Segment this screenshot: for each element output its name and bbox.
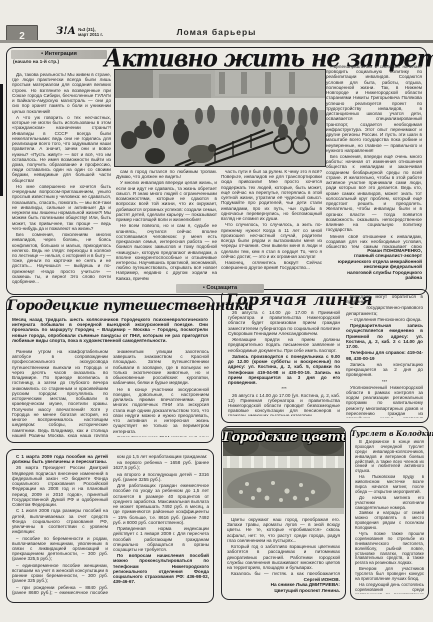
paragraph: Запись на консультацию прекращается за 2… [346, 362, 423, 378]
flowers-photo: Городские цветы [223, 428, 344, 514]
paragraph: Без сомнения, поколениям многих инвалидо… [12, 232, 111, 284]
paragraph: Казалось бы — пустяк, а как преображаетс… [227, 571, 340, 575]
main-article-box: • Интеграция (начало на 1-й стр.) Активн… [6, 47, 427, 295]
paragraph: На следующий день состоялись соревновани… [355, 583, 424, 594]
author-signature: Роман ПОНОМАРЕНКО, главный специалист-эк… [326, 248, 422, 280]
paragraph: Запись производится с понедельника с 9.0… [228, 354, 340, 385]
article-col-3: часть пути я был за рулем. К чему это я … [221, 169, 322, 290]
paragraph: – отделения Пенсионного фонда. [346, 317, 423, 322]
paragraph: Ранним утром на комфортабельном автобусе… [12, 349, 108, 437]
article-col-4: ...целенаправленно и системно начинает п… [326, 64, 422, 248]
paragraph: часть пути я был за рулем. К чему это я … [221, 169, 322, 221]
paragraph: Заявки и награды от семей можно отправля… [355, 511, 424, 531]
newspaper-page: 2 З!А №3 (31), март 2011 г. Ломая барьер… [0, 0, 433, 622]
paragraph: Месяц назад тридцать шесть колясочников … [12, 317, 208, 343]
benefits-box: С 1 марта 2009 года пособия на детей дол… [6, 449, 214, 603]
paragraph: В Дзержинске в конце июля проходил очере… [355, 440, 424, 474]
section-tag-social: • Соцзащита [176, 284, 264, 293]
integration-event-photo [115, 70, 325, 166]
hotline-col-2: Граждане могут обратиться в приемные:– г… [346, 294, 423, 418]
flowers-signature: Сергей ИОНОВ. На снимке Льва ДМИТРИЕВА: … [227, 577, 340, 593]
paragraph: на второго и последующих детей – 3316 ру… [113, 472, 209, 482]
paragraph: Совет Городецкого ПНИ готовит ещё одну з… [113, 435, 209, 437]
header-rule [0, 40, 433, 43]
paragraph: Да, такова реальность! Мы живем в стране… [12, 72, 111, 114]
paragraph: Который год о заботливо взращенных цветн… [227, 544, 340, 570]
travelers-intro: Месяц назад тридцать шесть колясочников … [12, 317, 208, 347]
paragraph: Не всем повезло, но и сам я, судьбе не к… [116, 223, 217, 281]
paragraph: – государственно-правового департамента; [346, 305, 423, 315]
paragraph: Меняя своё отношение к инвалидам, создав… [326, 234, 422, 249]
paragraph: Уполномоченный Нижегородской области в р… [346, 385, 423, 418]
paragraph: ...целенаправленно и системно начинает п… [326, 64, 422, 153]
hotline-box: Горячая линия 26 августа с 14.00 до 17.0… [221, 289, 429, 423]
travelers-headline: Городецкие путешественники [7, 298, 213, 314]
paragraph: сам в город пытался по любимым тропам. Д… [116, 169, 217, 179]
paragraph: Желающие придти на прием должны предвари… [228, 337, 340, 353]
hotline-col-1: 26 августа с 14.00 до 17.00 в Приемной г… [228, 310, 340, 416]
article-col-1: Да, такова реальность! Мы живем в стране… [12, 72, 111, 290]
paragraph: *** [346, 379, 423, 384]
paragraph: Граждане могут обратиться в приемные: [346, 294, 423, 304]
paragraph: ком до 1,5 лет неработающим гражданам: [113, 454, 209, 459]
paragraph: Наконец, оглянитесь вокруг! Сейчас совер… [221, 260, 322, 270]
paragraph: знаменитым улицам захотелось завершить з… [113, 349, 209, 386]
tourslet-text: В Дзержинске в конце июля проходил очере… [355, 440, 424, 594]
paragraph: 26 марта Президент России Дмитрий Медвед… [12, 465, 108, 507]
paragraph: – единовременное пособие женщинам, встав… [12, 563, 108, 584]
tourslet-box: Турслет в Колодкино В Дзержинске в конце… [350, 426, 429, 600]
paragraph: Приведенная норма индексации действует с… [113, 526, 209, 552]
paragraph: Чуть позже также прошли соревнования по … [355, 532, 424, 566]
paragraph: Телефоны для справок: 419-04-98, 430-00-… [346, 350, 423, 360]
paragraph: Вечером для участников турслета был пров… [355, 567, 424, 582]
paragraph: До начала митинга его участники исполнил… [355, 496, 424, 511]
travelers-col-1: Ранним утром на комфортабельном автобусе… [12, 349, 108, 437]
paragraph: Без сомнения, впереди ещё очень много ра… [326, 154, 422, 233]
paragraph: – при рождении ребенка – 8840 руб. (ране… [12, 585, 108, 596]
paragraph: Но мне совершенно не хочется быть очеред… [12, 184, 111, 231]
paragraph: Что случилось, то случилось, а жить по-п… [221, 222, 322, 259]
paragraph: на первого ребенка – 1658 руб. (ранее 16… [113, 460, 209, 470]
paragraph: А что уж говорить о тех несчастных, кото… [12, 115, 111, 183]
flowers-headline: Городские цветы [223, 430, 344, 445]
paragraph: С 1 июля 2008 года размеры пособий на де… [12, 508, 108, 534]
flowers-box: Городские цветы Цветы окружают наш город… [221, 426, 346, 600]
scan-artifact [0, 84, 3, 196]
paragraph: – пособие по беременности и родам, выпла… [12, 536, 108, 562]
paragraph: 26 августа с 14.00 до 17.00 в Приемной г… [228, 310, 340, 336]
continued-note: (начало на 1-й стр.) [13, 60, 59, 65]
travelers-box: Городецкие путешественники Месяц назад т… [6, 296, 214, 443]
paragraph: Для работающих граждан ежемесячное пособ… [113, 483, 209, 525]
paragraph: По вопросам начисления пособий можно про… [113, 553, 209, 584]
tourslet-headline: Турслет в Колодкино [351, 429, 428, 438]
paragraph: С 1 марта 2009 года пособия на детей дол… [12, 454, 108, 464]
flowers-text: Цветы окружают наш город, преображая его… [227, 517, 340, 575]
section-tag-integration: • Интеграция [11, 50, 107, 59]
paragraph: *** [228, 386, 340, 391]
main-photo [114, 69, 326, 167]
paragraph: Предварительная запись осуществляется еж… [346, 323, 423, 349]
benefits-col-1: С 1 марта 2009 года пособия на детей дол… [12, 454, 108, 596]
travelers-col-2: знаменитым улицам захотелось завершить з… [113, 349, 209, 437]
article-col-2: сам в город пытался по любимым тропам. Д… [116, 169, 217, 290]
benefits-col-2: ком до 1,5 лет неработающим гражданам:на… [113, 454, 209, 596]
paragraph: На Пыжовском пруду в живописном местечке… [355, 475, 424, 495]
paragraph: 26 августа с 14.00 до 17.00 (ул. Костина… [228, 393, 340, 416]
paragraph: У многих инвалидов впереди целая жизнь, … [116, 180, 217, 222]
paragraph: Цветы окружают наш город, преображая его… [227, 517, 340, 543]
newspaper-title: Ломая барьеры [0, 27, 433, 37]
paragraph: Не в конце участники экскурсионной поезд… [113, 387, 209, 434]
